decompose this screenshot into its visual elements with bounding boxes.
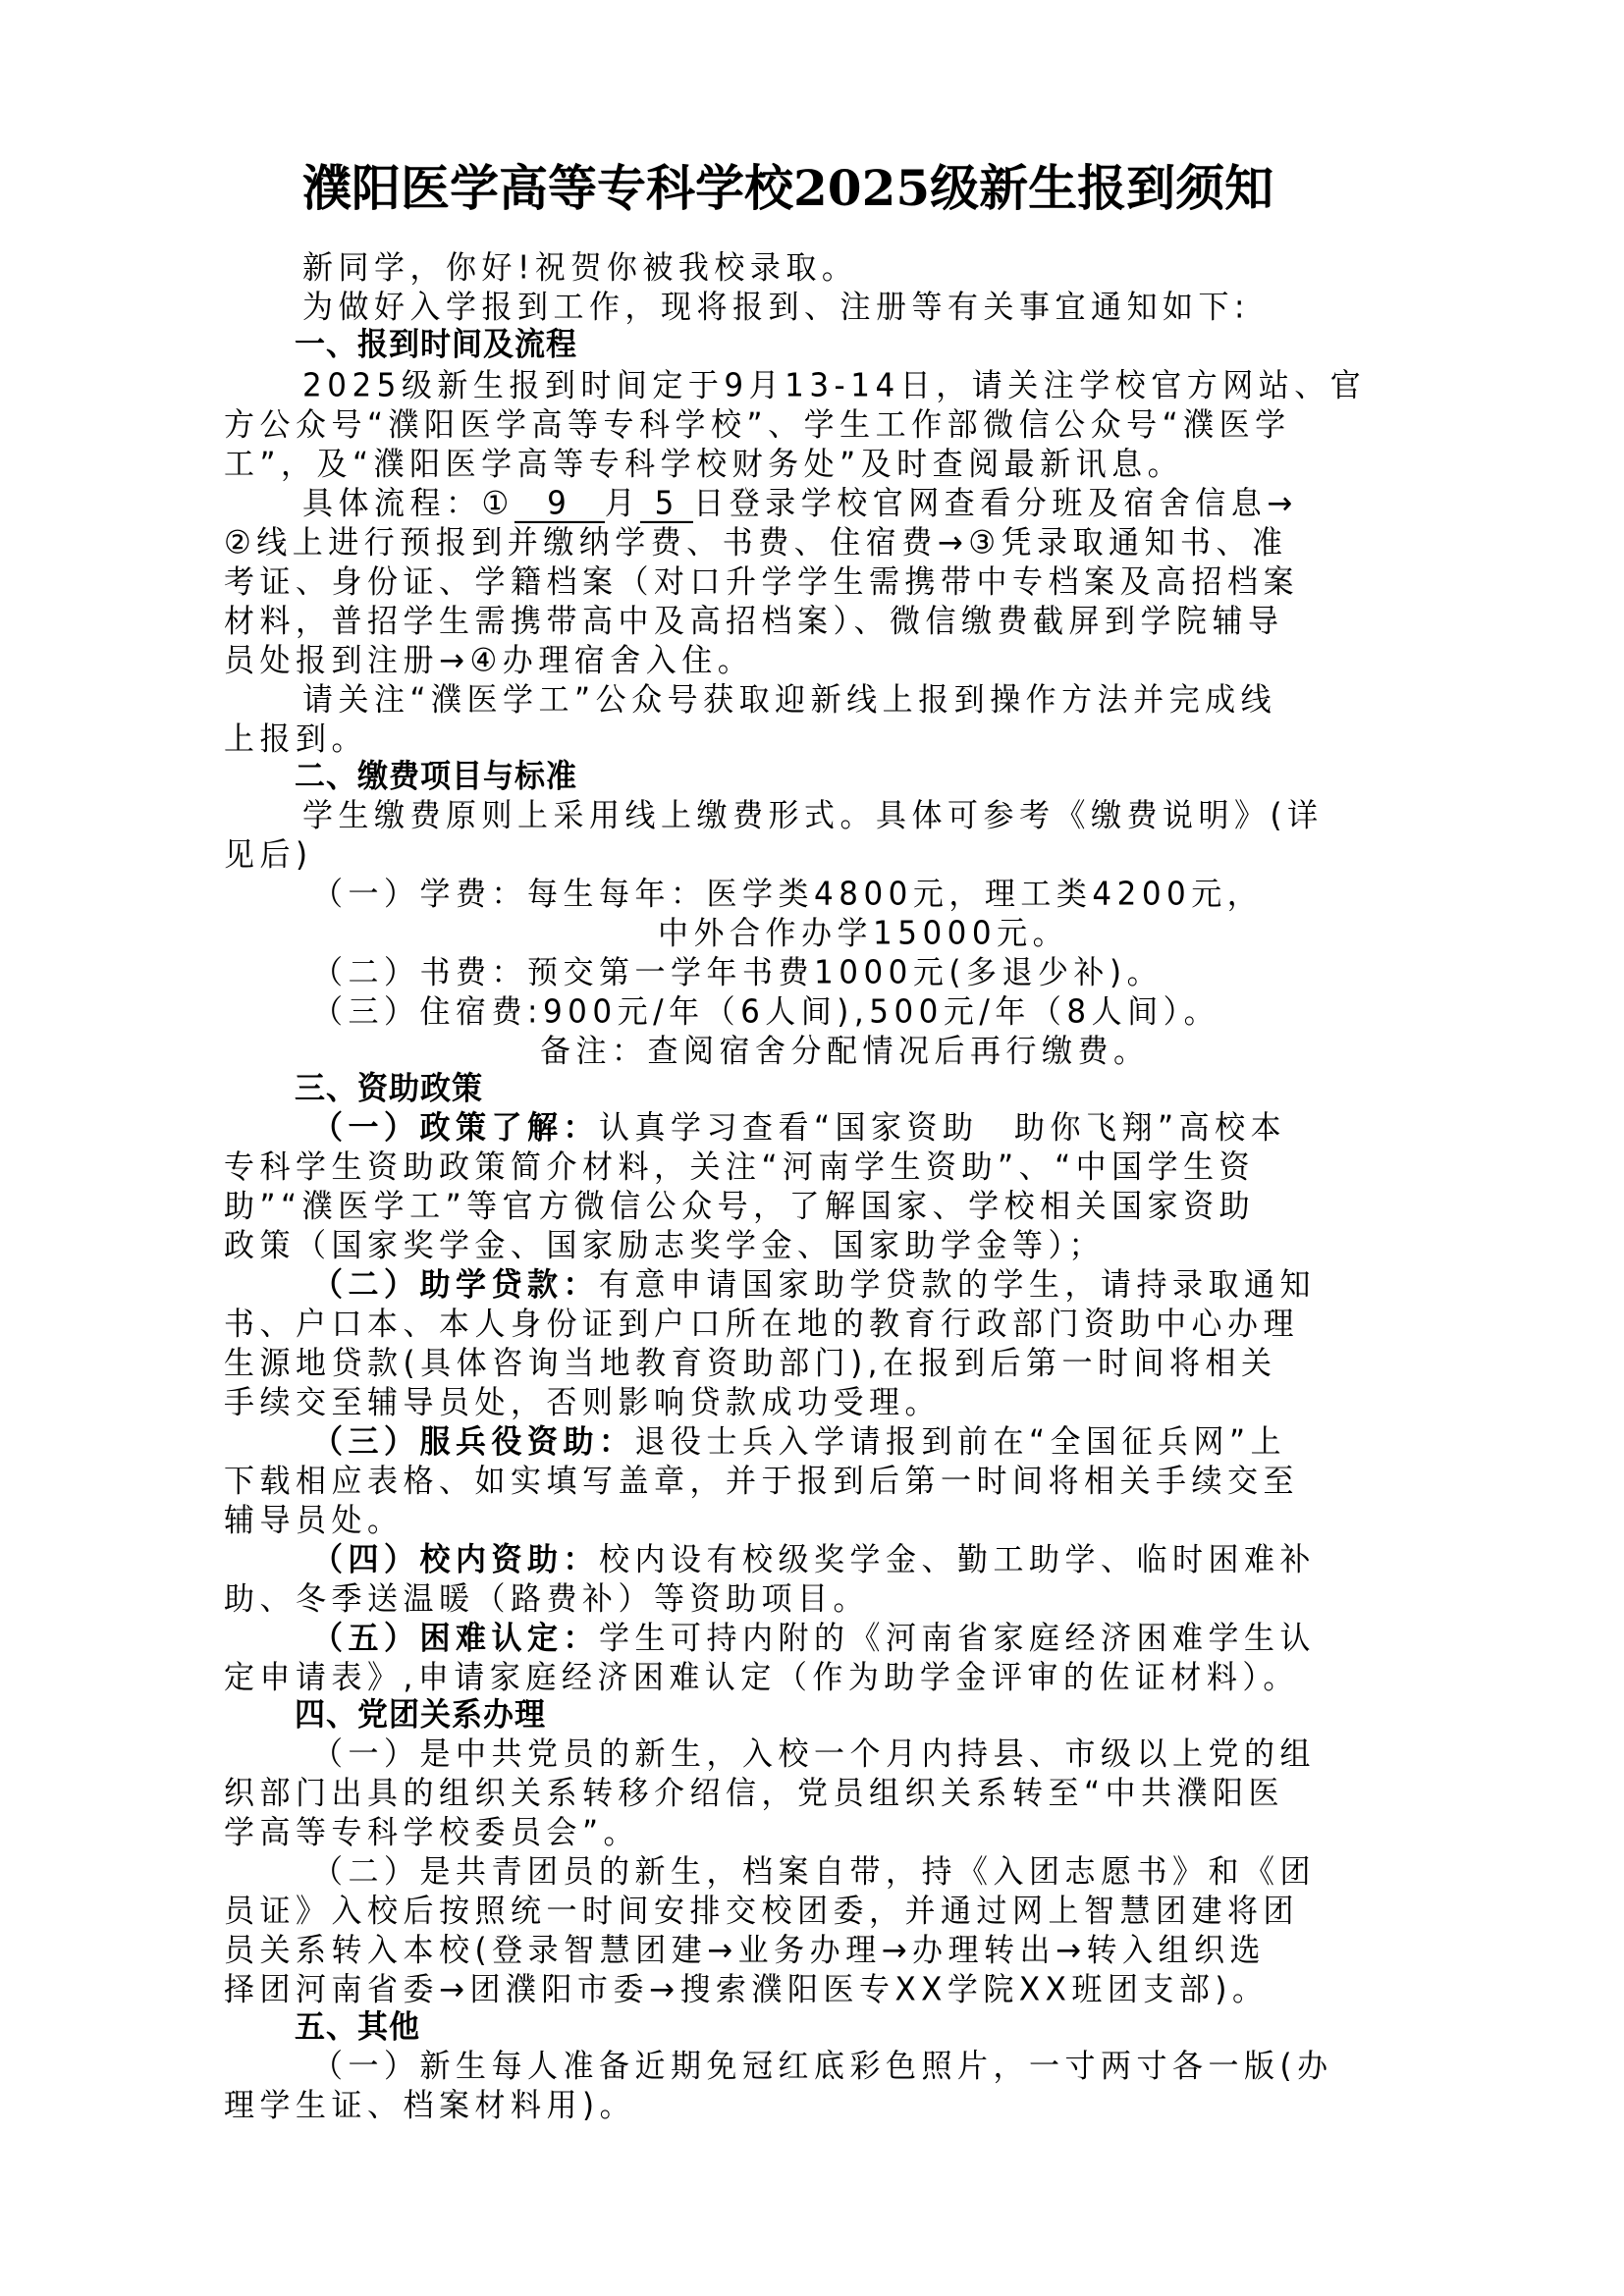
fee-books: （二）书费：预交第一学年书费1000元(多退少补)。 [312, 952, 1490, 993]
paragraph-line: （一）新生每人准备近期免冠红底彩色照片，一寸两寸各一版(办 [312, 2046, 1490, 2087]
process-prefix: 具体流程：① [302, 485, 514, 522]
fee-text: 预交第一学年书费1000元(多退少补)。 [527, 954, 1163, 991]
paragraph-line: 见后) [224, 834, 1402, 876]
paragraph-line: （一）是中共党员的新生，入校一个月内持县、市级以上党的组 [312, 1734, 1490, 1775]
paragraph-line: 请关注“濮医学工”公众号获取迎新线上报到操作方法并完成线 [302, 679, 1481, 721]
fee-label: （一）学费： [312, 876, 527, 913]
greeting: 新同学，你好!祝贺你被我校录取。 [302, 247, 1481, 289]
day-blank: 5 [640, 486, 693, 523]
paragraph-line: ②线上进行预报到并缴纳学费、书费、住宿费→③凭录取通知书、准 [224, 522, 1402, 563]
paragraph-line: 生源地贷款(具体咨询当地教育资助部门),在报到后第一时间将相关 [224, 1343, 1402, 1384]
aid-text: 认真学习查看“国家资助 助你飞翔”高校本 [599, 1109, 1286, 1147]
paragraph-line: 考证、身份证、学籍档案（对口升学学生需携带中专档案及高招档案 [224, 561, 1402, 603]
section-heading-5: 五、其他 [295, 2006, 1473, 2048]
aid-text: 学生可持内附的《河南省家庭经济困难学生认 [599, 1620, 1316, 1657]
section-heading-2: 二、缴费项目与标准 [295, 756, 1473, 797]
paragraph-line: 织部门出具的组织关系转移介绍信，党员组织关系转至“中共濮阳医 [224, 1773, 1402, 1814]
paragraph-line: 员处报到注册→④办理宿舍入住。 [224, 640, 1402, 681]
aid-item: （三）服兵役资助：退役士兵入学请报到前在“全国征兵网”上 [312, 1421, 1490, 1463]
paragraph-line: 政策（国家奖学金、国家励志奖学金、国家助学金等）； [224, 1225, 1402, 1266]
aid-item: （一）政策了解：认真学习查看“国家资助 助你飞翔”高校本 [312, 1107, 1490, 1148]
paragraph-line: 材料，普招学生需携带高中及高招档案）、微信缴费截屏到学院辅导 [224, 601, 1402, 642]
aid-label: （一）政策了解： [312, 1109, 599, 1147]
aid-label: （三）服兵役资助： [312, 1423, 635, 1461]
paragraph-line: （二）是共青团员的新生，档案自带，持《入团志愿书》和《团 [312, 1851, 1490, 1893]
document-title: 濮阳医学高等专科学校2025级新生报到须知 [302, 157, 1382, 220]
intro: 为做好入学报到工作，现将报到、注册等有关事宜通知如下: [302, 287, 1481, 328]
paragraph-line: 助”“濮医学工”等官方微信公众号，了解国家、学校相关国家资助 [224, 1186, 1402, 1227]
paragraph-line: 工”，及“濮阳医学高等专科学校财务处”及时查阅最新讯息。 [224, 444, 1402, 485]
aid-text: 有意申请国家助学贷款的学生，请持录取通知 [599, 1266, 1316, 1304]
fee-label: （三）住宿费: [312, 993, 543, 1031]
fee-tuition-cont: 中外合作办学15000元。 [658, 913, 1624, 954]
aid-label: （二）助学贷款： [312, 1266, 599, 1304]
fee-note: 备注：查阅宿舍分配情况后再行缴费。 [540, 1031, 1624, 1072]
paragraph-line: 辅导员处。 [224, 1500, 1402, 1541]
aid-label: （四）校内资助： [312, 1541, 599, 1578]
aid-item: （四）校内资助：校内设有校级奖学金、勤工助学、临时困难补 [312, 1539, 1490, 1580]
section-heading-4: 四、党团关系办理 [295, 1694, 1473, 1735]
aid-item: （二）助学贷款：有意申请国家助学贷款的学生，请持录取通知 [312, 1264, 1490, 1306]
paragraph-line: 员证》入校后按照统一时间安排交校团委，并通过网上智慧团建将团 [224, 1891, 1402, 1932]
paragraph-line: 学高等专科学校委员会”。 [224, 1812, 1402, 1853]
fee-dorm: （三）住宿费:900元/年（6人间),500元/年（8人间）。 [312, 991, 1490, 1033]
paragraph-line: 学生缴费原则上采用线上缴费形式。具体可参考《缴费说明》(详 [302, 795, 1481, 836]
fee-label: （二）书费： [312, 954, 527, 991]
aid-item: （五）困难认定：学生可持内附的《河南省家庭经济困难学生认 [312, 1618, 1490, 1659]
month-blank: 9 [514, 486, 605, 523]
paragraph-line: 2025级新生报到时间定于9月13-14日，请关注学校官方网站、官 [302, 365, 1481, 406]
aid-text: 校内设有校级奖学金、勤工助学、临时困难补 [599, 1541, 1316, 1578]
fee-text: 每生每年：医学类4800元，理工类4200元， [527, 876, 1263, 913]
month-label: 月 [605, 485, 641, 522]
paragraph-line: 择团河南省委→团濮阳市委→搜索濮阳医专XX学院XX班团支部)。 [224, 1969, 1402, 2010]
fee-tuition: （一）学费：每生每年：医学类4800元，理工类4200元， [312, 874, 1490, 915]
paragraph-line: 下载相应表格、如实填写盖章，并于报到后第一时间将相关手续交至 [224, 1461, 1402, 1502]
aid-text: 退役士兵入学请报到前在“全国征兵网”上 [635, 1423, 1287, 1461]
paragraph-line: 书、户口本、本人身份证到户口所在地的教育行政部门资助中心办理 [224, 1304, 1402, 1345]
paragraph-line: 专科学生资助政策简介材料，关注“河南学生资助”、“中国学生资 [224, 1147, 1402, 1188]
section-heading-1: 一、报到时间及流程 [295, 324, 1473, 365]
paragraph-line: 上报到。 [224, 719, 1402, 760]
paragraph-line: 定申请表》,申请家庭经济困难认定（作为助学金评审的佐证材料）。 [224, 1657, 1402, 1698]
fee-text: 900元/年（6人间),500元/年（8人间）。 [543, 993, 1219, 1031]
aid-label: （五）困难认定： [312, 1620, 599, 1657]
paragraph-line: 助、冬季送温暖（路费补）等资助项目。 [224, 1578, 1402, 1620]
paragraph-line: 方公众号“濮阳医学高等专科学校”、学生工作部微信公众号“濮医学 [224, 404, 1402, 446]
section-heading-3: 三、资助政策 [295, 1068, 1473, 1109]
process-line: 具体流程：①9月5日登录学校官网查看分班及宿舍信息→ [302, 483, 1481, 524]
paragraph-line: 员关系转入本校(登录智慧团建→业务办理→办理转出→转入组织选 [224, 1930, 1402, 1971]
process-suffix: 日登录学校官网查看分班及宿舍信息→ [693, 485, 1297, 522]
paragraph-line: 手续交至辅导员处，否则影响贷款成功受理。 [224, 1382, 1402, 1423]
paragraph-line: 理学生证、档案材料用)。 [224, 2085, 1402, 2126]
